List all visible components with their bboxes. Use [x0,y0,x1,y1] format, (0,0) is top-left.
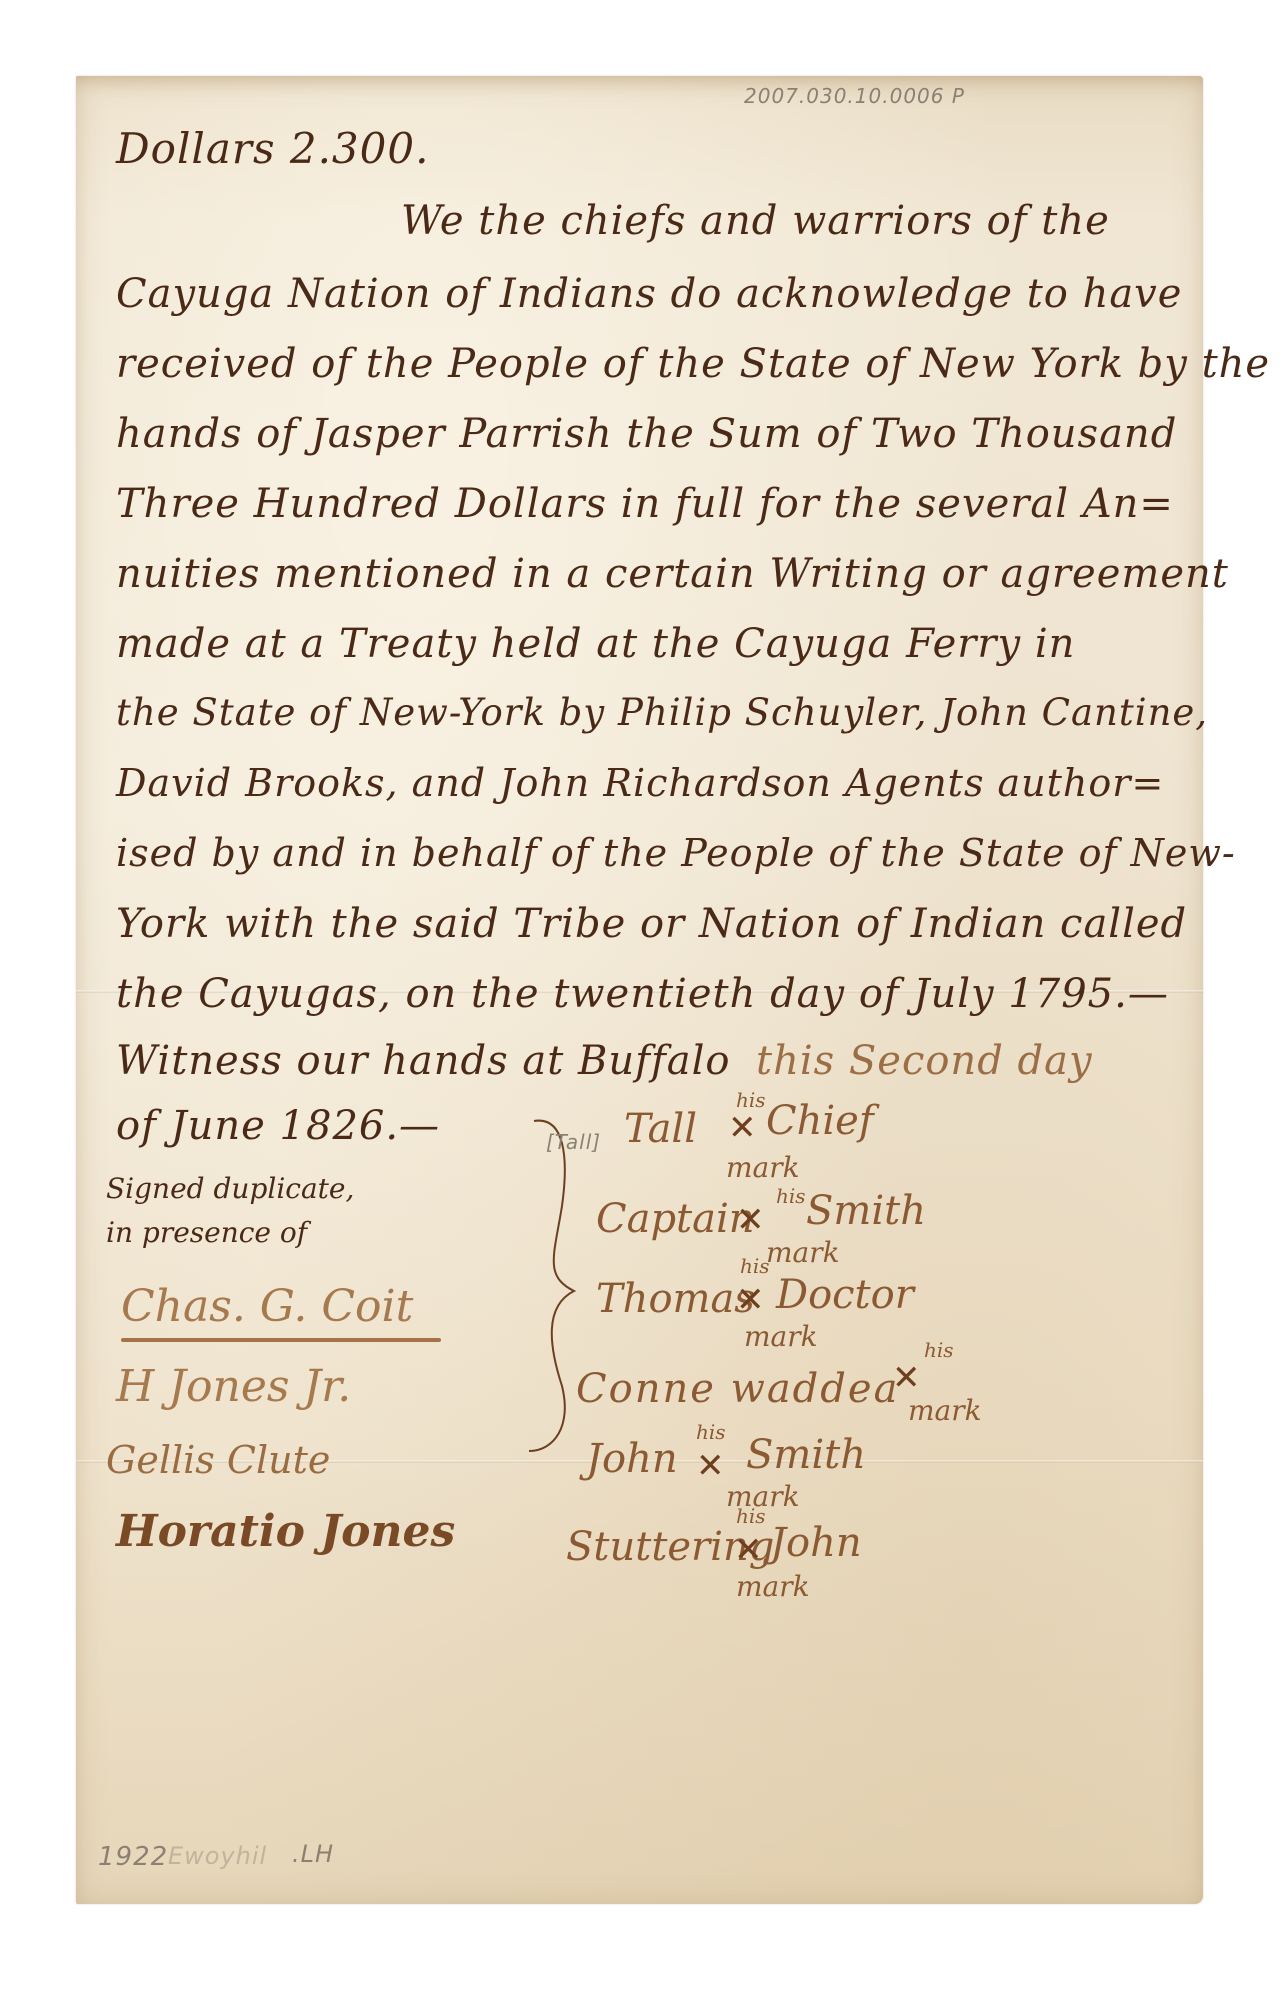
signatory-x-mark: ✕ [734,1530,763,1570]
body-line: received of the People of the State of N… [116,344,1270,384]
signatory-x-mark: ✕ [736,1200,765,1240]
mark-label: mark [736,1570,810,1603]
pencil-code-note: .LH [292,1840,334,1868]
signatory-x-mark: ✕ [892,1358,921,1398]
signatory-last-name: Smith [806,1188,926,1234]
pencil-annotation: [Tall] [546,1130,601,1154]
mark-label: mark [908,1394,982,1427]
body-line: the Cayugas, on the twentieth day of Jul… [116,974,1169,1014]
signatory-first-name: John [586,1436,678,1482]
body-line: the State of New-York by Philip Schuyler… [116,694,1208,731]
signatory-first-name: Tall [624,1106,697,1152]
body-line: Witness our hands at Buffalo [116,1041,731,1081]
mark-label: mark [726,1151,800,1184]
body-line: nuities mentioned in a certain Writing o… [116,554,1229,594]
witness-signature: Chas. G. Coit [121,1281,413,1332]
body-line: made at a Treaty held at the Cayuga Ferr… [116,624,1075,664]
body-line: We the chiefs and warriors of the [401,201,1110,241]
witness-label: Signed duplicate, [106,1172,354,1205]
catalog-number: 2007.030.10.0006 P [744,84,965,108]
body-line: David Brooks, and John Richardson Agents… [116,764,1164,802]
signature-underline [121,1338,441,1342]
pencil-accession-note: 1922 [98,1842,168,1872]
body-line: Cayuga Nation of Indians do acknowledge … [116,274,1182,314]
body-line: Three Hundred Dollars in full for the se… [116,484,1174,524]
witness-signature: Gellis Clute [106,1438,330,1482]
signatory-first-name: Thomas [596,1276,755,1322]
signatory-x-mark: ✕ [736,1280,765,1320]
body-line: ised by and in behalf of the People of t… [116,834,1236,872]
mark-label: mark [766,1236,840,1269]
his-label: his [736,1504,766,1528]
mark-label: mark [744,1320,818,1353]
body-line: this Second day [756,1041,1093,1081]
signatory-first-name: Captain [596,1196,755,1242]
witness-brace [524,1116,584,1456]
signatory-last-name: Smith [746,1432,866,1478]
witness-label: in presence of [106,1216,307,1249]
signatory-x-mark: ✕ [696,1446,725,1486]
amount-heading: Dollars 2.300. [116,128,429,170]
signatory-last-name: Doctor [776,1272,914,1318]
signatory-last-name: Chief [766,1098,874,1144]
his-label: his [696,1420,726,1444]
his-label: his [924,1338,954,1362]
body-line: York with the said Tribe or Nation of In… [116,904,1187,944]
witness-signature: Horatio Jones [116,1506,455,1557]
signatory-first-name: Conne waddea [576,1366,899,1412]
signatory-x-mark: ✕ [728,1108,757,1148]
pencil-faded-note: Ewoyhil [168,1842,267,1870]
his-label: his [776,1184,806,1208]
signatory-last-name: John [770,1520,862,1566]
body-line: of June 1826.— [116,1106,440,1146]
his-label: his [740,1254,770,1278]
witness-signature: H Jones Jr. [116,1361,351,1412]
document-sheet: 2007.030.10.0006 P Dollars 2.300. We the… [76,76,1203,1904]
body-line: hands of Jasper Parrish the Sum of Two T… [116,414,1177,454]
